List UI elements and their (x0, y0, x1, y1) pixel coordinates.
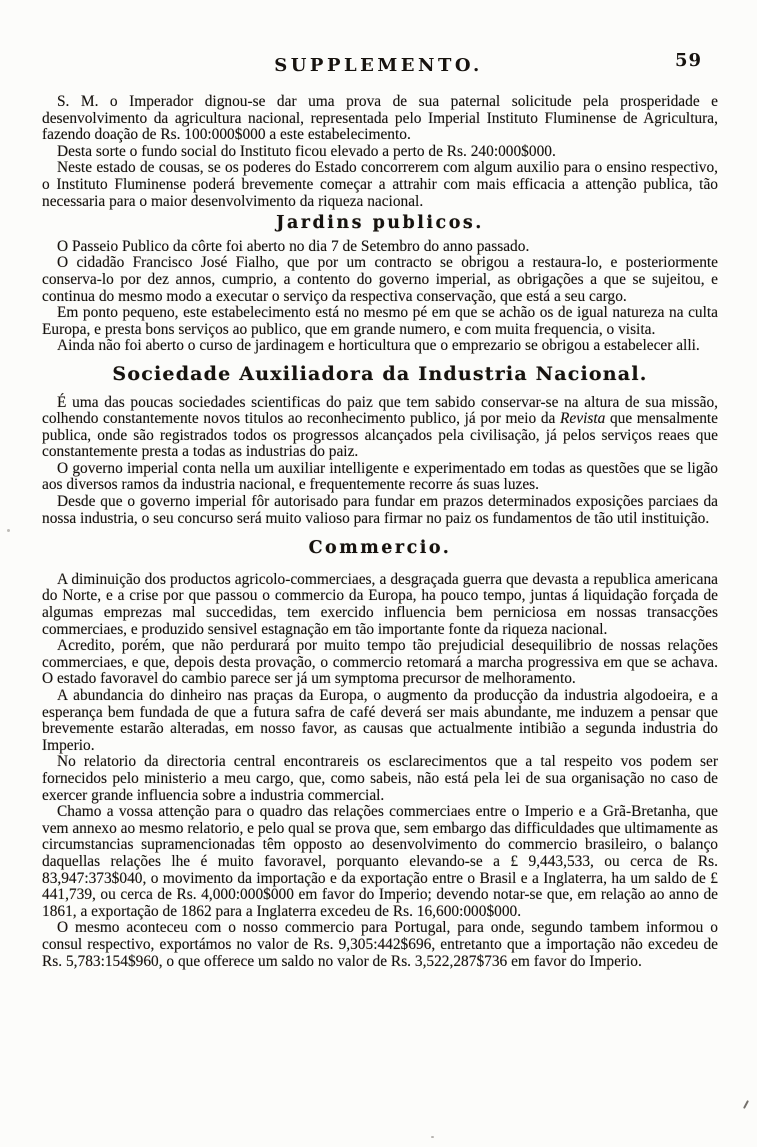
page-header: SUPPLEMENTO. 59 (0, 0, 757, 83)
commercio-paragraph-2: Acredito, porém, que não perdurará por m… (42, 638, 718, 688)
section-heading-sociedade-auxiliadora: Sociedade Auxiliadora da Industria Nacio… (42, 366, 718, 383)
jardins-paragraph-2: O cidadão Francisco José Fialho, que por… (42, 255, 718, 305)
intro-paragraph-2: Desta sorte o fundo social do Instituto … (42, 144, 718, 161)
commercio-paragraph-3: A abundancia do dinheiro nas praças da E… (42, 688, 718, 754)
commercio-paragraph-5: Chamo a vossa attenção para o quadro das… (42, 804, 718, 920)
commercio-paragraph-1: A diminuição dos productos agricolo-comm… (42, 572, 718, 638)
section-heading-jardins-publicos: Jardins publicos. (42, 215, 718, 232)
page-title: SUPPLEMENTO. (0, 57, 757, 75)
page-number: 59 (675, 50, 702, 71)
sociedade-paragraph-3: Desde que o governo imperial fôr autoris… (42, 494, 718, 527)
document-body: S. M. o Imperador dignou-se dar uma prov… (0, 83, 757, 970)
intro-paragraph-3: Neste estado de cousas, se os poderes do… (42, 160, 718, 210)
scan-artifact-dot (7, 529, 10, 532)
sociedade-paragraph-1: É uma das poucas sociedades scientificas… (42, 395, 718, 461)
intro-paragraph-1: S. M. o Imperador dignou-se dar uma prov… (42, 94, 718, 144)
section-heading-commercio: Commercio. (42, 540, 718, 557)
scan-artifact-dot (431, 1136, 434, 1138)
revista-italic-title: Revista (560, 410, 605, 427)
sociedade-paragraph-2: O governo imperial conta nella um auxili… (42, 461, 718, 494)
jardins-paragraph-1: O Passeio Publico da côrte foi aberto no… (42, 239, 718, 256)
scan-artifact-slash (743, 1100, 749, 1109)
jardins-paragraph-3: Em ponto pequeno, este estabelecimento e… (42, 305, 718, 338)
commercio-paragraph-6: O mesmo aconteceu com o nosso commercio … (42, 920, 718, 970)
document-page: SUPPLEMENTO. 59 S. M. o Imperador dignou… (0, 0, 757, 1147)
jardins-paragraph-4: Ainda não foi aberto o curso de jardinag… (42, 338, 718, 355)
commercio-paragraph-4: No relatorio da directoria central encon… (42, 754, 718, 804)
